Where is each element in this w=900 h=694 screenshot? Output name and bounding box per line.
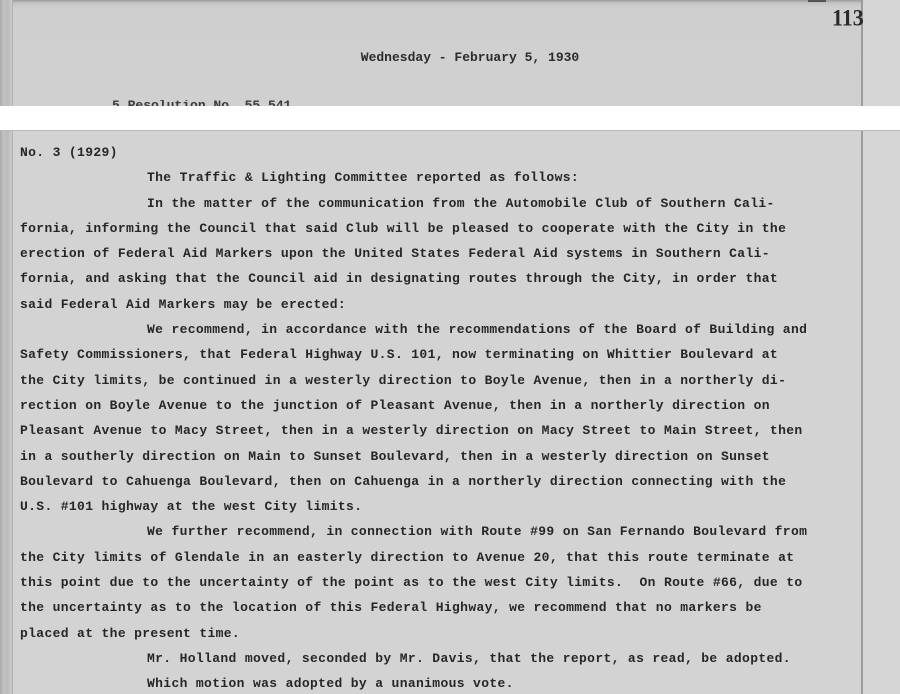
text-line: said Federal Aid Markers may be erected: (20, 292, 860, 317)
text-line: in a southerly direction on Main to Suns… (20, 444, 860, 469)
top-edge-mark (808, 0, 826, 2)
text-line: We recommend, in accordance with the rec… (20, 317, 860, 342)
text-line: the City limits of Glendale in an easter… (20, 545, 860, 570)
document-body: No. 3 (1929) The Traffic & Lighting Comm… (20, 140, 860, 694)
text-line: placed at the present time. (20, 621, 860, 646)
text-line: We further recommend, in connection with… (20, 519, 860, 544)
text-line: Safety Commissioners, that Federal Highw… (20, 342, 860, 367)
text-line: rection on Boyle Avenue to the junction … (20, 393, 860, 418)
text-line: U.S. #101 highway at the west City limit… (20, 494, 860, 519)
text-line: fornia, informing the Council that said … (20, 216, 860, 241)
right-margin (863, 131, 900, 694)
text-line: Pleasant Avenue to Macy Street, then in … (20, 418, 860, 443)
page-number: 113 (832, 4, 864, 31)
binding-edge (0, 131, 13, 694)
paragraph-lines: The Traffic & Lighting Committee reporte… (20, 165, 860, 694)
text-line: fornia, and asking that the Council aid … (20, 266, 860, 291)
margin-rule-line (861, 131, 863, 694)
text-line: Boulevard to Cahuenga Boulevard, then on… (20, 469, 860, 494)
text-line: Mr. Holland moved, seconded by Mr. Davis… (20, 646, 860, 671)
text-line: the uncertainty as to the location of th… (20, 595, 860, 620)
text-line: The Traffic & Lighting Committee reporte… (20, 165, 860, 190)
text-line: Which motion was adopted by a unanimous … (20, 671, 860, 694)
date-header: Wednesday - February 5, 1930 (0, 50, 900, 65)
item-label: No. 3 (1929) (20, 140, 860, 165)
text-line: the City limits, be continued in a weste… (20, 368, 860, 393)
scan-gap (0, 106, 900, 130)
page-top-section: 113 Wednesday - February 5, 1930 5 Resol… (0, 0, 900, 106)
text-line: In the matter of the communication from … (20, 191, 860, 216)
text-line: erection of Federal Aid Markers upon the… (20, 241, 860, 266)
text-line: this point due to the uncertainty of the… (20, 570, 860, 595)
